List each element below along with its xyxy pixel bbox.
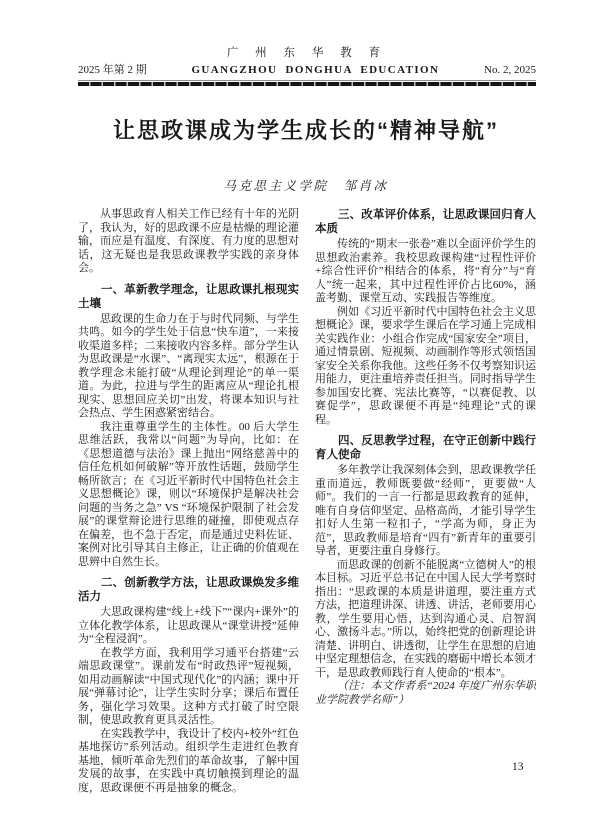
journal-page: 广 州 东 华 教 育 2025 年第 2 期 GUANGZHOU DONGHU… [0,0,612,839]
paragraph: 在教学方面，我利用学习通平台搭建“云端思政课堂”。课前发布“时政热评”短视频，如… [78,647,299,728]
paragraph: 我注重尊重学生的主体性。00 后大学生思维活跃，我常以“问题”为导向，比如：在《… [78,421,299,570]
paragraph: 而思政课的创新不能脱离“立德树人”的根本目标。习近平总书记在中国人民大学考察时指… [315,559,536,681]
journal-header-row: 2025 年第 2 期 GUANGZHOU DONGHUA EDUCATION … [78,61,536,77]
issue-label-en: No. 2, 2025 [484,64,536,76]
paragraph: 多年教学让我深刻体会到，思政课教学任重而道远，教师既要做“经师”，更要做“人师”… [315,464,536,559]
page-number: 13 [512,761,524,773]
paragraph: 从事思政育人相关工作已经有十年的光阴了，我认为，好的思政课不应是枯燥的理论灌输，… [78,208,299,276]
paragraph: 大思政课构建“线上+线下”“课内+课外”的立体化教学体系，让思政课从“课堂讲授”… [78,606,299,647]
paragraph: 思政课的生命力在于与时代同频、与学生共鸣。如今的学生处于信息“快车道”，一来接收… [78,313,299,421]
section-heading: 三、改革评价体系，让思政课回归育人本质 [315,208,536,236]
issue-label-cn: 2025 年第 2 期 [78,61,147,77]
paragraph: 传统的“期末一张卷”难以全面评价学生的思想政治素养。我校思政课构建“过程性评价+… [315,238,536,306]
article-author: 马克思主义学院 邹肖冰 [0,176,612,194]
article-body: 从事思政育人相关工作已经有十年的光阴了，我认为，好的思政课不应是枯燥的理论灌输，… [78,208,536,796]
article-title: 让思政课成为学生成长的“精神导航” [0,116,612,146]
section-heading: 一、革新教学理念，让思政课扎根现实土壤 [78,283,299,311]
section-heading: 四、反思教学过程，在守正创新中践行育人使命 [315,434,536,462]
author-note: （注：本文作者系“2024 年度广州东华职业学院教学名师”） [315,680,536,707]
paragraph: 在实践教学中，我设计了校内+校外“红色基地探访”系列活动。组织学生走进红色教育基… [78,728,299,796]
journal-name-en: GUANGZHOU DONGHUA EDUCATION [191,64,439,76]
header-rule [78,80,536,86]
journal-name-cn: 广 州 东 华 教 育 [78,44,536,60]
section-heading: 二、创新教学方法，让思政课焕发多维活力 [78,576,299,604]
paragraph: 例如《习近平新时代中国特色社会主义思想概论》课，要求学生课后在学习通上完成相关实… [315,306,536,428]
header-rule-thin-line [78,80,536,81]
header-rule-dashed-bar [78,82,536,86]
